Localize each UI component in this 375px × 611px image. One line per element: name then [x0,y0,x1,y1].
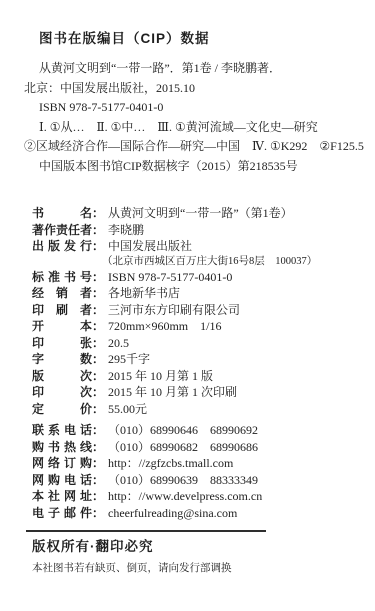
row-value: 2015 年 10 月第 1 次印刷 [108,384,237,401]
row-value: 720mm×960mm 1/16 [108,318,221,335]
row-colon: ： [92,422,104,439]
row-label: 开本 [32,318,92,335]
row-value: 李晓鹏 [108,222,144,239]
row-value: 中国发展出版社 [108,238,192,255]
row-colon: ： [92,302,104,319]
row-label: 定价 [32,401,92,418]
cip-line-isbn: ISBN 978-7-5177-0401-0 [24,98,357,118]
contact-block: 联系电话：（010）68990646 68990692 购书热线：（010）68… [32,422,357,521]
row-colon: ： [92,238,104,255]
row-colon: ： [92,205,104,222]
colophon-row-edition: 版次：2015 年 10 月第 1 版 [32,368,357,385]
cip-record-number: 中国版本图书馆CIP数据核字（2015）第218535号 [24,157,357,177]
row-label: 联系电话 [32,422,92,439]
colophon-row-author: 著作责任者：李晓鹏 [32,222,357,239]
row-label: 字数 [32,351,92,368]
colophon-row-book-title: 书名：从黄河文明到“一带一路”（第1卷） [32,205,357,222]
row-label: 书名 [32,205,92,222]
row-value: ISBN 978-7-5177-0401-0 [108,269,232,286]
row-colon: ： [92,335,104,352]
row-value: 各地新华书店 [108,285,180,302]
colophon-row-isbn: 标准书号：ISBN 978-7-5177-0401-0 [32,269,357,286]
cip-line-title-statement: 从黄河文明到“一带一路”．第1卷 / 李晓鹏著． [24,59,357,79]
row-label: 标准书号 [32,269,92,286]
row-label: 网络订购 [32,455,92,472]
row-label: 购书热线 [32,439,92,456]
row-label: 本社网址 [32,488,92,505]
contact-row-hotline: 购书热线：（010）68990682 68990686 [32,439,357,456]
colophon-row-wordcount: 字数：295千字 [32,351,357,368]
contact-row-order-phone: 网购电话：（010）68990639 88333349 [32,472,357,489]
row-label: 版次 [32,368,92,385]
cip-line-publisher: 北京：中国发展出版社，2015.10 [24,79,357,99]
row-value: （010）68990646 68990692 [108,422,258,439]
colophon-row-distributor: 经销者：各地新华书店 [32,285,357,302]
publisher-address-note: （北京市西城区百万庄大街16号8层 100037） [32,255,357,269]
cip-line-classification-1: Ⅰ. ①从… Ⅱ. ①中… Ⅲ. ①黄河流域—文化史—研究 [24,118,357,138]
row-colon: ： [92,318,104,335]
row-label: 网购电话 [32,472,92,489]
row-value: 三河市东方印刷有限公司 [108,302,240,319]
colophon-row-publisher: 出版发行：中国发展出版社 [32,238,357,255]
colophon-row-printer: 印刷者：三河市东方印刷有限公司 [32,302,357,319]
row-label: 电子邮件 [32,505,92,522]
row-colon: ： [92,505,104,522]
row-value: http：//www.develpress.com.cn [108,488,262,505]
contact-row-phone: 联系电话：（010）68990646 68990692 [32,422,357,439]
row-colon: ： [92,222,104,239]
row-label: 印刷者 [32,302,92,319]
exchange-note: 本社图书若有缺页、倒页，请向发行部调换 [32,562,357,575]
row-value: （010）68990682 68990686 [108,439,258,456]
colophon-row-format: 开本：720mm×960mm 1/16 [32,318,357,335]
row-value: 295千字 [108,351,150,368]
cip-block: 从黄河文明到“一带一路”．第1卷 / 李晓鹏著． 北京：中国发展出版社，2015… [24,59,357,176]
row-value: 55.00元 [108,401,147,418]
contact-row-website: 本社网址：http：//www.develpress.com.cn [32,488,357,505]
row-colon: ： [92,384,104,401]
row-value: 20.5 [108,335,129,352]
colophon-row-price: 定价：55.00元 [32,401,357,418]
row-label: 著作责任者 [32,222,92,239]
row-colon: ： [92,488,104,505]
contact-row-online-order: 网络订购：http：//zgfzcbs.tmall.com [32,455,357,472]
row-colon: ： [92,285,104,302]
colophon-section: 书名：从黄河文明到“一带一路”（第1卷） 著作责任者：李晓鹏 出版发行：中国发展… [32,205,357,521]
cip-line-classification-2: ②区域经济合作—国际合作—研究—中国 Ⅳ. ①K292 ②F125.5 [24,137,357,157]
copyright-notice: 版权所有·翻印必究 [32,539,357,555]
colophon-row-printing: 印次：2015 年 10 月第 1 次印刷 [32,384,357,401]
cip-title: 图书在版编目（CIP）数据 [39,32,357,46]
row-colon: ： [92,351,104,368]
row-label: 印张 [32,335,92,352]
row-label: 出版发行 [32,238,92,255]
row-value: http：//zgfzcbs.tmall.com [108,455,233,472]
row-colon: ： [92,368,104,385]
row-colon: ： [92,439,104,456]
copyright-page: 图书在版编目（CIP）数据 从黄河文明到“一带一路”．第1卷 / 李晓鹏著． 北… [0,0,375,575]
colophon-row-sheets: 印张：20.5 [32,335,357,352]
row-colon: ： [92,455,104,472]
row-value: cheerfulreading@sina.com [108,505,237,522]
divider-rule [26,530,266,532]
row-label: 经销者 [32,285,92,302]
row-value: 从黄河文明到“一带一路”（第1卷） [108,205,293,222]
row-label: 印次 [32,384,92,401]
contact-row-email: 电子邮件：cheerfulreading@sina.com [32,505,357,522]
row-value: （010）68990639 88333349 [108,472,258,489]
row-value: 2015 年 10 月第 1 版 [108,368,213,385]
row-colon: ： [92,472,104,489]
row-colon: ： [92,269,104,286]
row-colon: ： [92,401,104,418]
